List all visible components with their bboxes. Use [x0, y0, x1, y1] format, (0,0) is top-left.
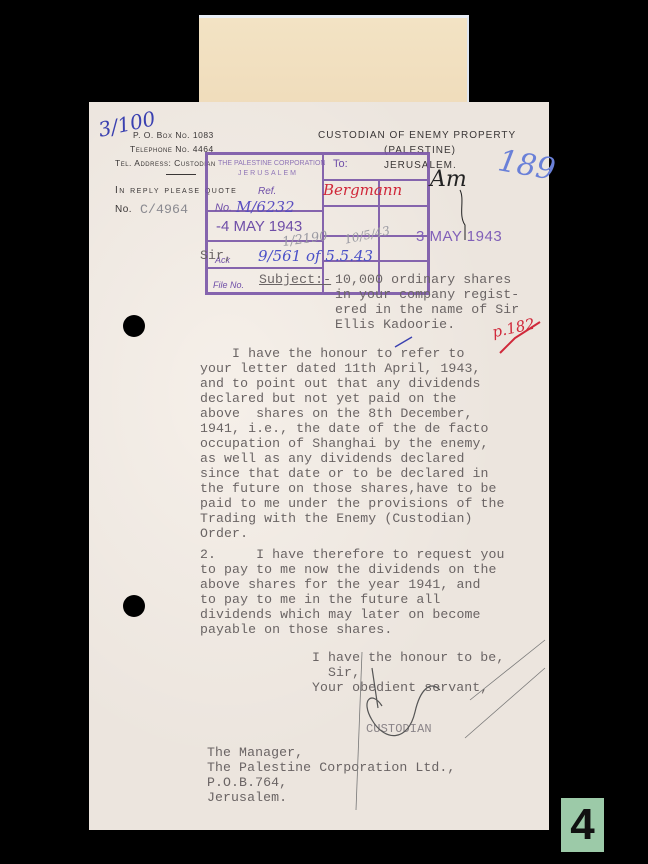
- closing-line: Sir,: [312, 665, 504, 680]
- body-line: 2. I have therefore to request you: [200, 547, 505, 562]
- subject-line: ered in the name of Sir: [335, 302, 519, 317]
- addressee-line: The Manager,: [207, 745, 455, 760]
- subject-line: Ellis Kadoorie.: [335, 317, 519, 332]
- subject-block: 10,000 ordinary shares in your company r…: [335, 272, 519, 332]
- subject-line: in your company regist-: [335, 287, 519, 302]
- letterhead-divider: [166, 174, 196, 175]
- body-line: Trading with the Enemy (Custodian): [200, 511, 505, 526]
- office-title: CUSTODIAN OF ENEMY PROPERTY: [318, 130, 516, 141]
- stamp-ref-label: Ref.: [258, 186, 276, 197]
- body-line: to pay to me in the future all: [200, 592, 505, 607]
- body-line: payable on those shares.: [200, 622, 505, 637]
- body-line: occupation of Shanghai by the enemy,: [200, 436, 505, 451]
- addressee-line: The Palestine Corporation Ltd.,: [207, 760, 455, 775]
- addressee-line: Jerusalem.: [207, 790, 455, 805]
- closing-block: I have the honour to be, Sir, Your obedi…: [312, 650, 504, 695]
- body-line: as well as any dividends declared: [200, 451, 505, 466]
- addressee-block: The Manager, The Palestine Corporation L…: [207, 745, 455, 805]
- telephone: Telephone No. 4464: [130, 144, 214, 154]
- letter-date: 3 MAY 1943: [416, 228, 502, 245]
- salutation: Sir,: [200, 248, 232, 263]
- subject-label: Subject:-: [259, 272, 331, 287]
- paragraph-2: 2. I have therefore to request you to pa…: [200, 547, 505, 637]
- exhibit-number-tag: 4: [561, 798, 604, 852]
- annotation-initials: Am: [430, 167, 467, 192]
- body-line: I have the honour to refer to: [200, 346, 505, 361]
- stamp-header-line2: JERUSALEM: [238, 170, 298, 177]
- stamp-no-value: M/6232: [236, 198, 295, 216]
- ref-no-value: C/4964: [140, 202, 188, 217]
- ref-no-label: No.: [115, 204, 132, 215]
- punch-hole-bottom: [123, 595, 145, 617]
- body-line: to pay to me now the dividends on the: [200, 562, 505, 577]
- body-line: the future on those shares,have to be: [200, 481, 505, 496]
- closing-line: I have the honour to be,: [312, 650, 504, 665]
- addressee-line: P.O.B.764,: [207, 775, 455, 790]
- body-line: 1941, i.e., the date of the de facto: [200, 421, 505, 436]
- stamp-no-label: No.: [215, 202, 232, 214]
- stamp-file-label: File No.: [213, 280, 244, 290]
- stamp-header-line1: THE PALESTINE CORPORATION: [218, 160, 325, 167]
- closing-line: Your obedient servant,: [312, 680, 504, 695]
- telegraph-address: Tel. Address: Custodian: [115, 158, 216, 168]
- paragraph-1: I have the honour to refer to your lette…: [200, 346, 505, 541]
- subject-line: 10,000 ordinary shares: [335, 272, 519, 287]
- body-line: since that date or to be declared in: [200, 466, 505, 481]
- punch-hole-top: [123, 315, 145, 337]
- stamp-date: -4 MAY 1943: [216, 218, 302, 235]
- stamp-to-value: Bergmann: [323, 181, 402, 199]
- body-line: above shares for the year 1941, and: [200, 577, 505, 592]
- body-line: Order.: [200, 526, 505, 541]
- attached-paper-slip: [199, 15, 469, 108]
- stamp-to-label: To:: [333, 158, 348, 170]
- body-line: declared but not yet paid on the: [200, 391, 505, 406]
- body-line: your letter dated 11th April, 1943,: [200, 361, 505, 376]
- body-line: dividends which may later on become: [200, 607, 505, 622]
- signatory: CUSTODIAN: [366, 722, 432, 737]
- stamp-ack-value: 9/561 of 5.5.43: [258, 247, 373, 265]
- body-line: paid to me under the provisions of the: [200, 496, 505, 511]
- body-line: above shares on the 8th December,: [200, 406, 505, 421]
- body-line: and to point out that any dividends: [200, 376, 505, 391]
